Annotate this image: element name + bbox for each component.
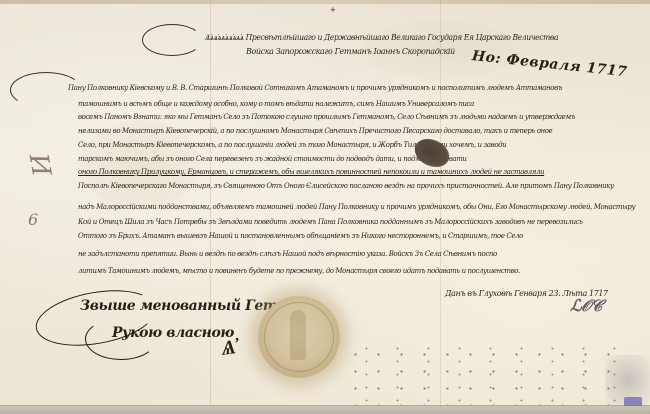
paper-foxing — [340, 340, 630, 405]
archive-mark: ℒ𝒪𝒞 — [570, 296, 602, 316]
body-line-5: Село, при Монастыръ Кіевопечерскомъ, а п… — [78, 141, 638, 149]
margin-note-number: 6 — [28, 210, 38, 229]
heading-line-2: Войска Запорожскаго Гетманъ Іоаннъ Скоро… — [246, 47, 455, 56]
body-line-10: Кой и Отецъ Шила зъ Часъ Потребы зъ Звѣз… — [78, 218, 638, 226]
paper-top-edge — [0, 0, 650, 4]
body-line-3: восемъ Паномъ Взнати: яко мы Гетманъ Сел… — [78, 113, 638, 121]
body-line-9: надъ Малороссійскими подданствами, объяв… — [78, 203, 638, 211]
body-line-13: литимъ Тамошнимъ людемъ, мѣсто и повинен… — [78, 267, 628, 275]
seal-figure-icon — [290, 310, 306, 360]
margin-note-flourish: И — [23, 151, 56, 179]
ink-blot — [410, 134, 454, 173]
manuscript-sheet: + Ѧ҆ѧѧ҆ѧѧ҆ѧѧ҆ѧѧ҆ѧ Пресвѣтлѣйшаго и Держа… — [0, 0, 650, 414]
wax-seal — [258, 296, 340, 378]
heading-flourish-icon — [142, 24, 202, 56]
body-line-2: тамошнимъ и всѣмъ обще и кождому особно,… — [78, 100, 638, 108]
body-line-4: нелизами во Монастыръ Кіевопечерскій, а … — [78, 127, 638, 135]
body-line-11: Оттого зъ Брихъ. Атаманъ вышевзъ Нашой и… — [78, 232, 638, 240]
body-line-8: Посполѣ Кіевопечерскаго Монастыря, зъ Св… — [78, 182, 638, 190]
paper-bottom-edge — [0, 406, 650, 414]
body-line-12: не задълстаноти препятии. Вынь и вездѣ п… — [78, 250, 638, 258]
cross-mark-icon: + — [330, 6, 336, 14]
date-heading: Но: Февраля 1717 — [471, 48, 628, 80]
heading-line-1: Ѧ҆ѧѧ҆ѧѧ҆ѧѧ҆ѧѧ҆ѧ Пресвѣтлѣйшаго и Державн… — [205, 33, 558, 42]
body-line-7: оного Полковнику Прилуцкому, Ерманцовъ, … — [78, 168, 638, 176]
body-line-1: Пану Полковнику Кіевскому и В. В. Старши… — [68, 84, 638, 92]
body-line-6: тарскомъ маючимъ, абы зъ оного Села пере… — [78, 155, 638, 163]
signature-line-2: Рукою власною — [112, 325, 234, 341]
hetman-monogram: Ѧ҆ — [220, 334, 236, 361]
